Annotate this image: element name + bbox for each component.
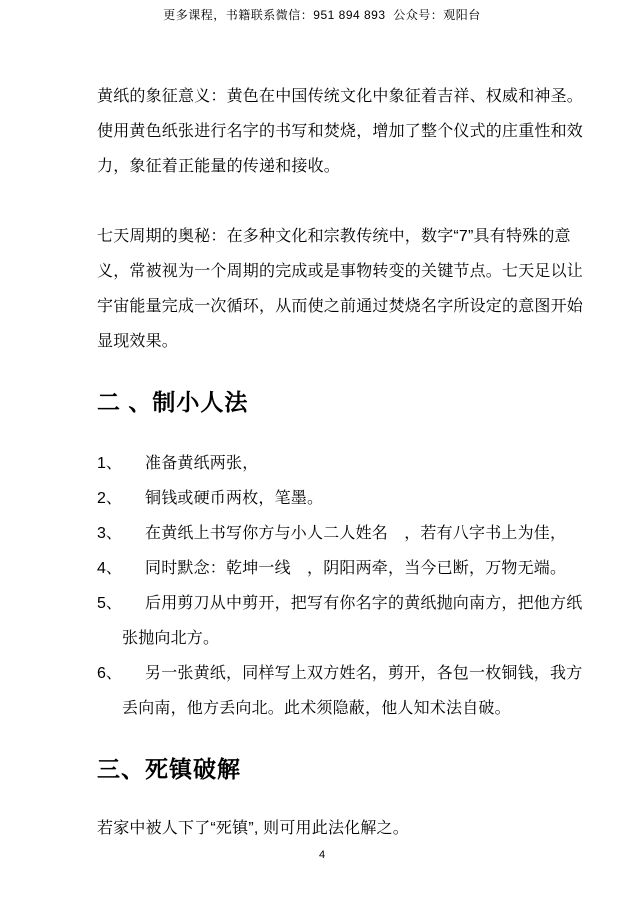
paragraph-closing: 若家中被人下了“死镇”, 则可用此法化解之。 (97, 811, 587, 846)
list-item-text: 准备黄纸两张， (122, 446, 587, 481)
section-heading-3: 三、死镇破解 (97, 752, 587, 786)
list-item-number: 2、 (97, 481, 122, 516)
list-item-text: 铜钱或硬币两枚，笔墨。 (122, 481, 587, 516)
list-item: 5、 后用剪刀从中剪开，把写有你名字的黄纸抛向南方，把他方纸 张抛向北方。 (97, 586, 587, 656)
list-item-text: 另一张黄纸，同样写上双方姓名，剪开，各包一枚铜钱，我方 丢向南，他方丢向北。此术… (122, 656, 587, 726)
list-item: 6、 另一张黄纸，同样写上双方姓名，剪开，各包一枚铜钱，我方 丢向南，他方丢向北… (97, 656, 587, 726)
paragraph-yellow-paper: 黄纸的象征意义：黄色在中国传统文化中象征着吉祥、权威和神圣。 使用黄色纸张进行名… (97, 79, 587, 184)
page-number: 4 (0, 848, 644, 863)
list-item-number: 3、 (97, 516, 122, 551)
list-item: 3、 在黄纸上书写你方与小人二人姓名 ，若有八字书上为佳， (97, 516, 587, 551)
list-item: 2、 铜钱或硬币两枚，笔墨。 (97, 481, 587, 516)
paragraph-seven-day-cycle: 七天周期的奥秘：在多种文化和宗教传统中，数字“7”具有特殊的意 义，常被视为一个… (97, 219, 587, 359)
list-item: 4、 同时默念：乾坤一线 ，阴阳两牵，当今已断，万物无端。 (97, 551, 587, 586)
list-item-text: 同时默念：乾坤一线 ，阴阳两牵，当今已断，万物无端。 (122, 551, 587, 586)
list-item-text: 在黄纸上书写你方与小人二人姓名 ，若有八字书上为佳， (122, 516, 587, 551)
ordered-list: 1、 准备黄纸两张， 2、 铜钱或硬币两枚，笔墨。 3、 在黄纸上书写你方与小人… (97, 446, 587, 726)
page-header: 更多课程，书籍联系微信：951 894 893 公众号：观阳台 (0, 0, 644, 24)
list-item-number: 4、 (97, 551, 122, 586)
list-item-number: 1、 (97, 446, 122, 481)
document-body: 黄纸的象征意义：黄色在中国传统文化中象征着吉祥、权威和神圣。 使用黄色纸张进行名… (97, 79, 587, 846)
list-item: 1、 准备黄纸两张， (97, 446, 587, 481)
list-item-number: 6、 (97, 656, 122, 691)
section-heading-2: 二 、制小人法 (97, 385, 587, 419)
list-item-text: 后用剪刀从中剪开，把写有你名字的黄纸抛向南方，把他方纸 张抛向北方。 (122, 586, 587, 656)
list-item-number: 5、 (97, 586, 122, 621)
